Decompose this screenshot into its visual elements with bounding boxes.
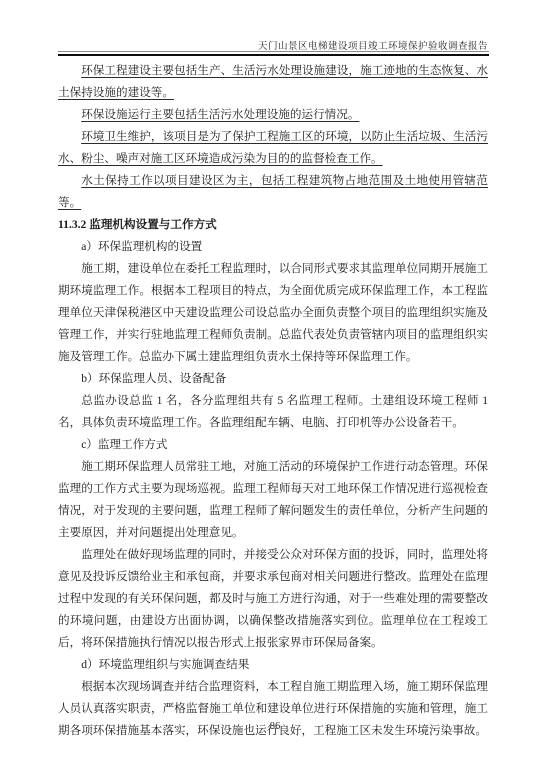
header-title: 天门山景区电梯建设项目竣工环境保护验收调查报告 (258, 38, 488, 52)
subsection-label-a: a）环保监理机构的设置 (58, 236, 488, 258)
paragraph: 施工期，建设单位在委托工程监理时，以合同形式要求其监理单位同期开展施工期环境监理… (58, 258, 488, 368)
header-rule (58, 51, 489, 56)
page-number: 86 (0, 721, 550, 732)
subsection-label-d: d）环境监理组织与实施调查结果 (58, 654, 488, 676)
paragraph: 监理处在做好现场监理的同时，并接受公众对环保方面的投诉，同时，监理处将意见及投诉… (58, 544, 488, 654)
document-page: 天门山景区电梯建设项目竣工环境保护验收调查报告 环保工程建设主要包括生产、生活污… (0, 0, 550, 778)
document-body: 环保工程建设主要包括生产、生活污水处理设施建设，施工迹地的生态恢复、水土保持设施… (58, 60, 488, 742)
paragraph: 总监办设总监 1 名，各分监理组共有 5 名监理工程师。土建组设环境工程师 1 … (58, 390, 488, 434)
paragraph: 施工期环保监理人员常驻工地，对施工活动的环境保护工作进行动态管理。环保监理的工作… (58, 456, 488, 544)
paragraph-underlined: 水土保持工作以项目建设区为主，包括工程建筑物占地范围及土地使用管辖范等。 (58, 170, 488, 214)
paragraph-underlined: 环保设施运行主要包括生活污水处理设施的运行情况。 (58, 104, 488, 126)
paragraph-underlined: 环保工程建设主要包括生产、生活污水处理设施建设，施工迹地的生态恢复、水土保持设施… (58, 60, 488, 104)
section-heading: 11.3.2 监理机构设置与工作方式 (58, 214, 488, 236)
subsection-label-c: c）监理工作方式 (58, 434, 488, 456)
paragraph: 根据本次现场调查并结合监理资料，本工程自施工期监理入场，施工期环保监理人员认真落… (58, 676, 488, 742)
subsection-label-b: b）环保监理人员、设备配备 (58, 368, 488, 390)
paragraph-underlined: 环境卫生维护，该项目是为了保护工程施工区的环境，以防止生活垃圾、生活污水、粉尘、… (58, 126, 488, 170)
